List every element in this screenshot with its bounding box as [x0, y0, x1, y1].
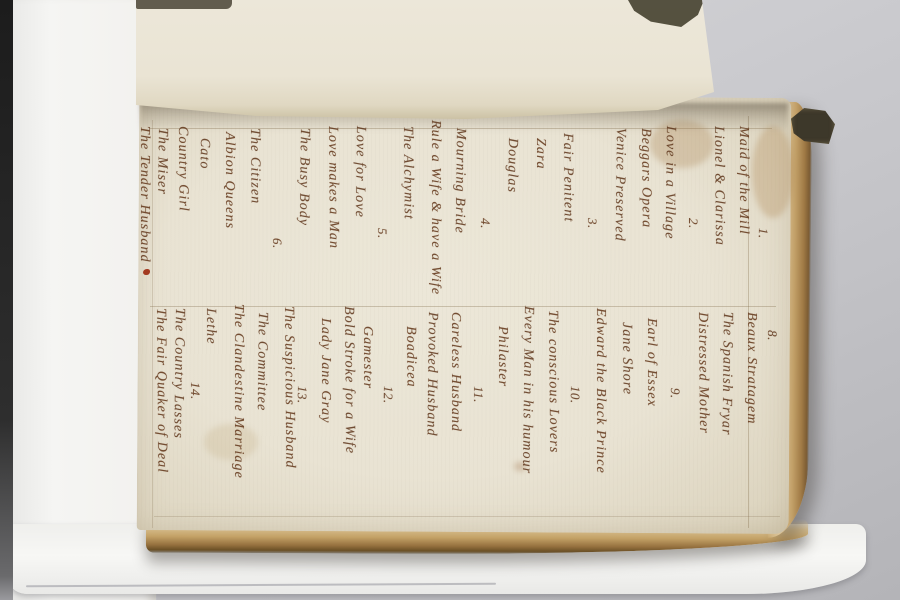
- manuscript-play-title: Boadicea: [402, 326, 420, 388]
- manuscript-play-title: The Miser: [153, 128, 171, 195]
- manuscript-play-title: Provoked Husband: [422, 312, 441, 437]
- manuscript-play-title: The conscious Lovers: [544, 310, 562, 453]
- manuscript-play-title: Love in a Village: [661, 126, 679, 240]
- manuscript-section-number: 8.: [764, 330, 781, 341]
- manuscript-play-title: Philaster: [494, 326, 511, 387]
- manuscript-play-title: The Spanish Fryar: [717, 312, 736, 436]
- manuscript-play-title: The Citizen: [246, 128, 264, 204]
- manuscript-section-number: 5.: [374, 228, 391, 239]
- manuscript-play-title: Cato: [196, 138, 213, 170]
- manuscript-section-number: 12.: [380, 386, 397, 404]
- manuscript-play-title: Rule a Wife & have a Wife: [427, 120, 444, 295]
- manuscript-play-title: Lionel & Clarissa: [710, 126, 728, 246]
- lifted-page-flap: [136, 0, 716, 122]
- manuscript-play-title: Every Man in his humour: [518, 306, 537, 475]
- manuscript-section-number: 2.: [685, 218, 702, 229]
- manuscript-play-title: Edward the Black Prince: [592, 308, 609, 474]
- manuscript-play-title: Beggars Opera: [637, 128, 655, 228]
- manuscript-play-title: The Suspicious Husband: [280, 306, 298, 469]
- manuscript-section-number: 14.: [187, 382, 204, 400]
- manuscript-play-title: The Country Lasses: [169, 308, 188, 439]
- manuscript-play-title: Lethe: [202, 308, 219, 345]
- manuscript-play-title: The Alchymist: [399, 126, 417, 220]
- manuscript-play-title: Love for Love: [351, 126, 369, 218]
- manuscript-play-title: Jane Shore: [618, 322, 636, 395]
- manuscript-section-number: 1.: [755, 228, 772, 239]
- manuscript-play-title: The Tender Husband: [136, 126, 153, 263]
- manuscript-play-title: The Committee: [253, 312, 271, 412]
- manuscript-play-title: Earl of Essex: [643, 318, 660, 407]
- manuscript-play-title: Gamester: [359, 326, 376, 389]
- manuscript-play-title: Country Girl: [174, 126, 192, 212]
- manuscript-play-title: Distressed Mother: [694, 312, 712, 434]
- cover-edge-sliver: [136, 0, 232, 9]
- manuscript-play-title: Albion Queens: [221, 132, 238, 229]
- manuscript-section-number: 10.: [567, 386, 584, 404]
- manuscript-play-title: Bold Stroke for a Wife: [340, 306, 358, 454]
- manuscript-play-title: Lady Jane Gray: [317, 318, 334, 424]
- manuscript-play-title: The Clandestine Marriage: [230, 304, 247, 479]
- manuscript-section-number: 3.: [584, 218, 601, 229]
- manuscript-play-title: Fair Penitent: [559, 133, 577, 222]
- worn-cover-patch: [628, 0, 704, 27]
- photo-of-manuscript-book: 1.Maid of the MillLionel & Clarissa2.Lov…: [0, 0, 900, 600]
- manuscript-play-title: Beaux Stratagem: [743, 312, 760, 425]
- manuscript-play-title: The Busy Body: [295, 128, 313, 226]
- manuscript-section-number: 6.: [269, 238, 286, 249]
- manuscript-section-number: 11.: [470, 386, 487, 403]
- manuscript-play-title: Careless Husband: [447, 312, 464, 432]
- table-edge-strip: [0, 0, 13, 600]
- manuscript-play-title: Venice Preserved: [611, 128, 629, 242]
- manuscript-play-title: Douglas: [503, 138, 521, 193]
- manuscript-play-title: Maid of the Mill: [735, 126, 752, 235]
- manuscript-play-title: Love makes a Man: [324, 126, 342, 249]
- manuscript-play-title: Mourning Bride: [451, 128, 469, 234]
- manuscript-play-title: The Fair Quaker of Deal: [152, 308, 170, 473]
- manuscript-play-title: Zara: [532, 138, 549, 170]
- manuscript-section-number: 4.: [477, 218, 494, 229]
- manuscript-section-number: 9.: [667, 388, 684, 399]
